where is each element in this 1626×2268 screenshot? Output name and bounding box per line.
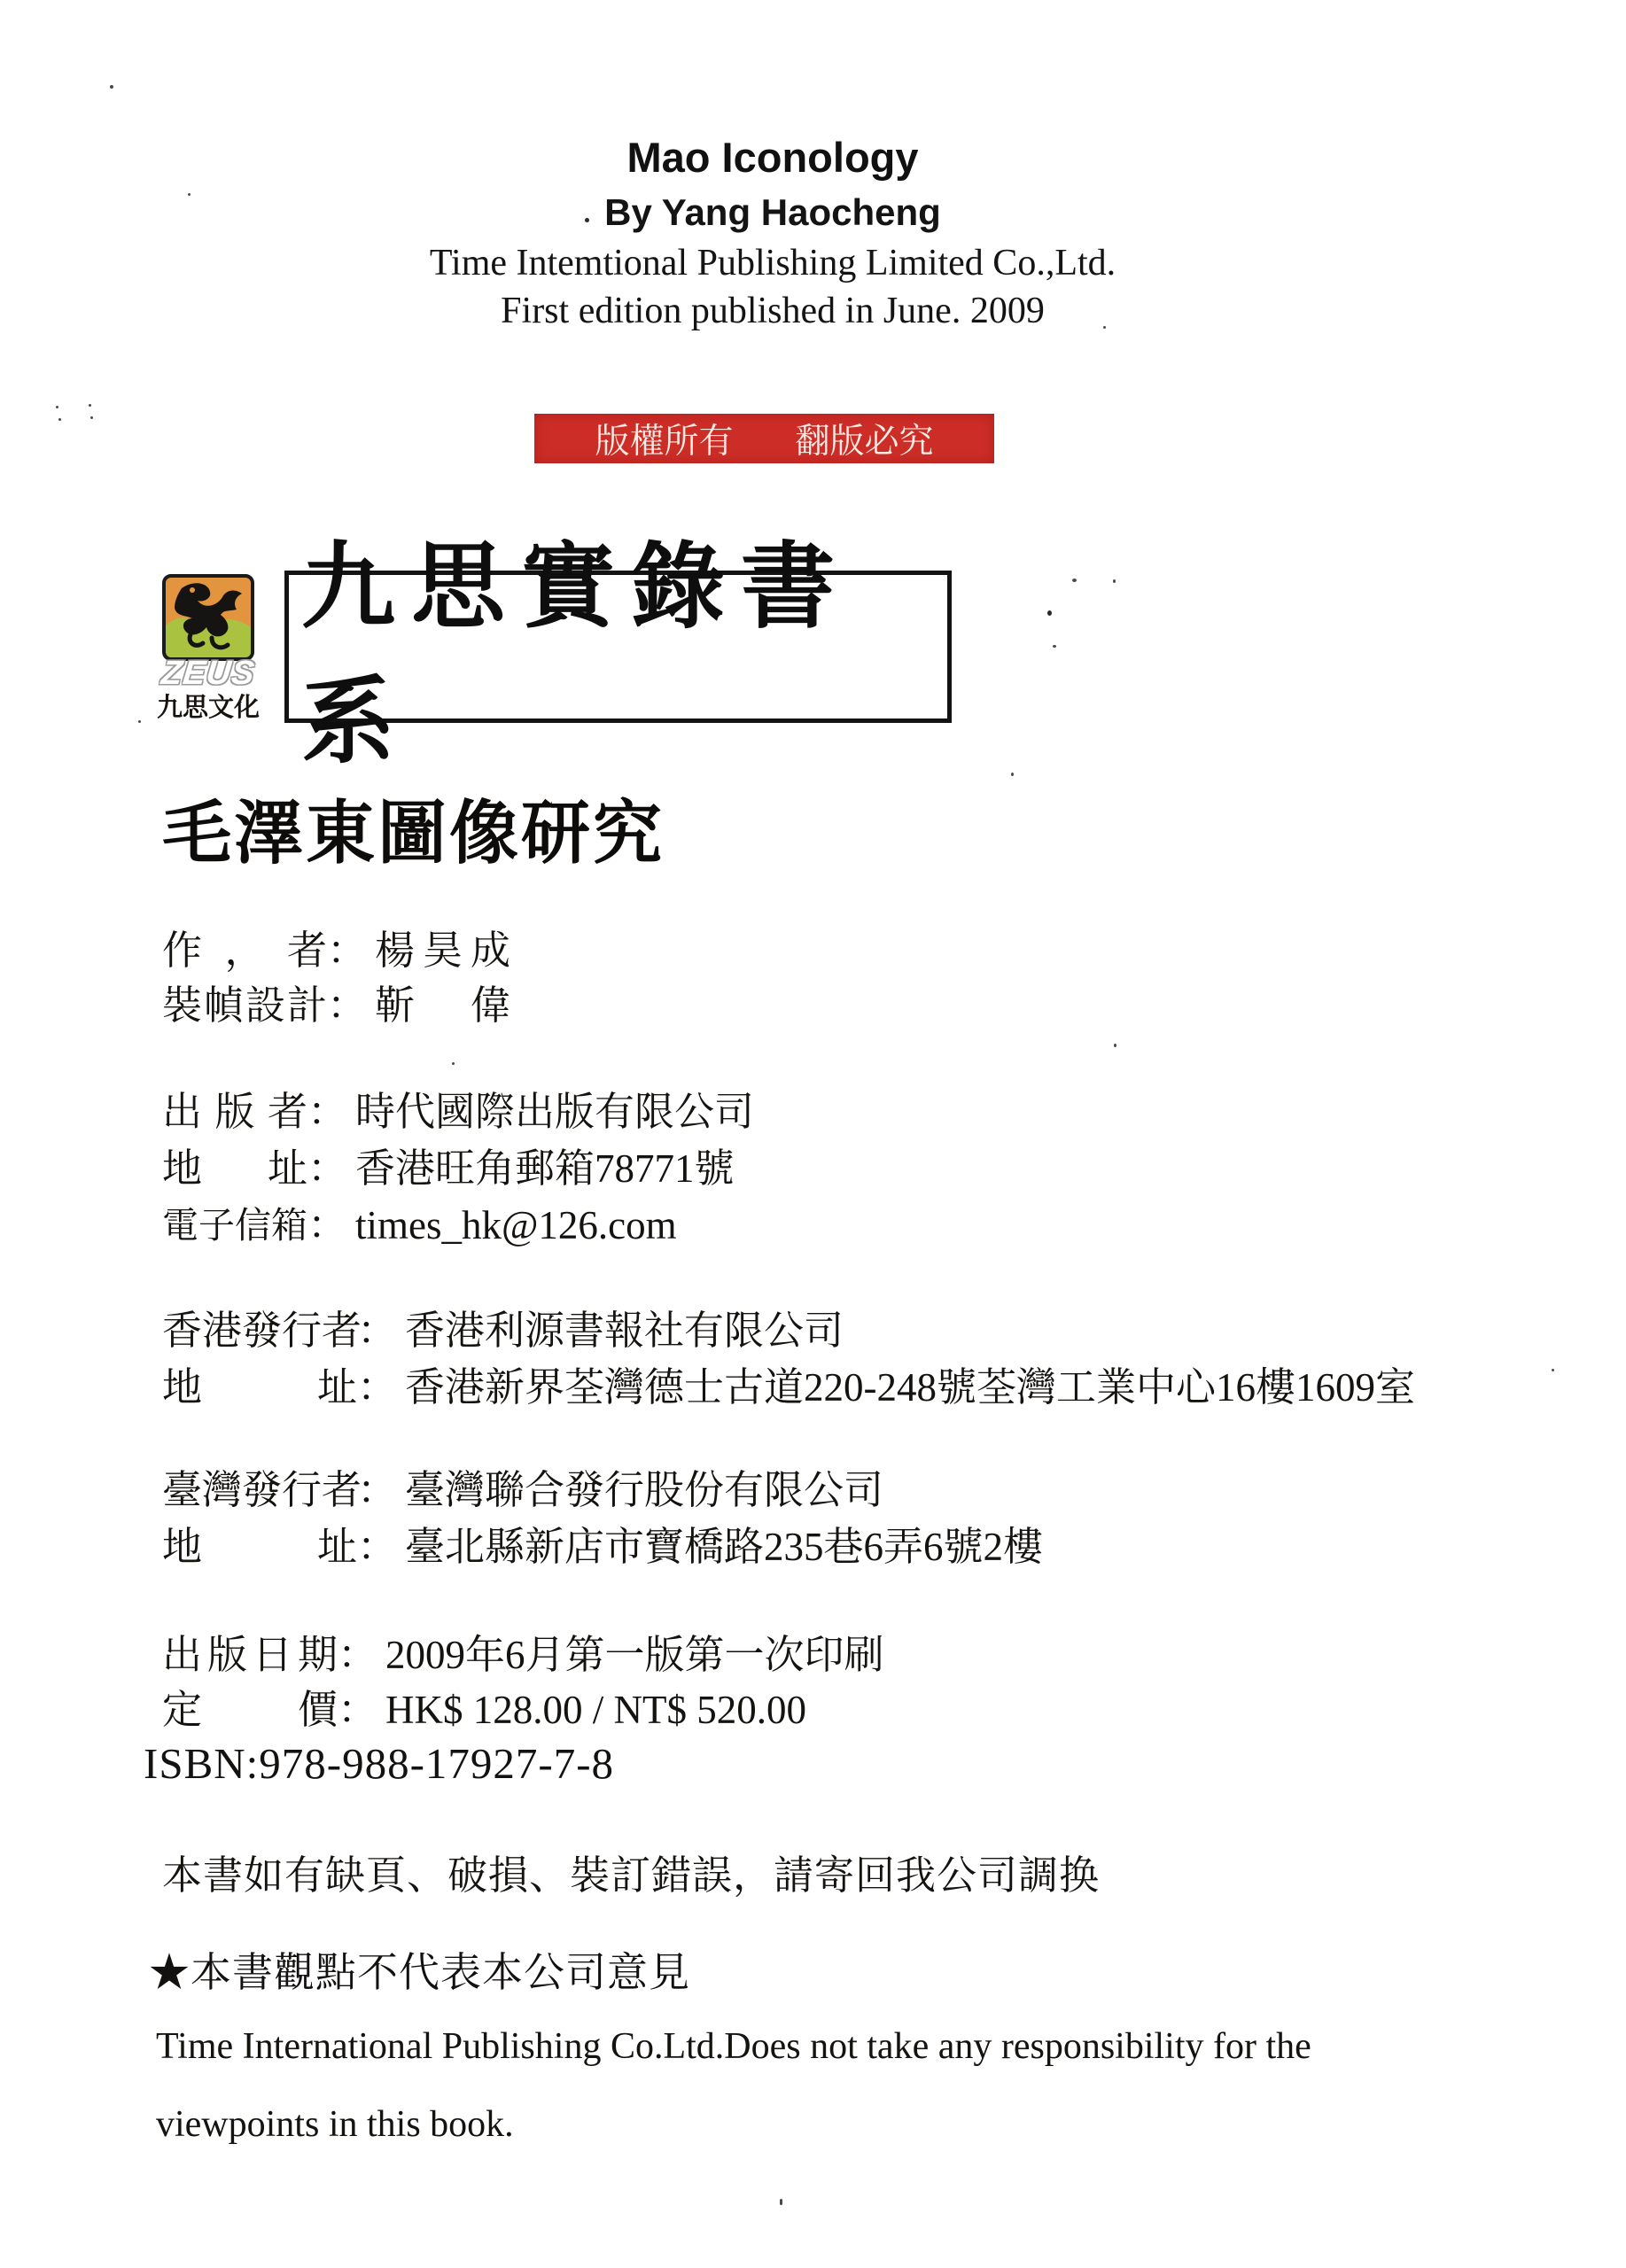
copyright-banner-left: 版權所有: [595, 414, 733, 463]
scan-speck: [1113, 579, 1116, 583]
scan-speck: [58, 418, 61, 421]
field-value-hk-distributor: 香港利源書報社有限公司: [405, 1309, 844, 1353]
field-label-hk-address: 地址: [162, 1364, 357, 1410]
price-row: 定價：HK$ 128.00 / NT$ 520.00: [162, 1687, 884, 1733]
hk-distributor-row: 香港發行者：香港利源書報社有限公司: [162, 1308, 1415, 1354]
edition-line-english: First edition published in June. 2009: [0, 287, 1545, 335]
field-label-publisher: 出版者: [162, 1090, 307, 1135]
colon: ：: [357, 1308, 394, 1354]
english-header: Mao Iconology By Yang Haocheng Time Inte…: [0, 133, 1545, 335]
designer-row: 裝幀設計：靳 偉: [162, 980, 518, 1031]
copyright-banner: 版權所有 翻版必究: [534, 414, 994, 463]
tw-distributor-row: 臺灣發行者：臺灣聯合發行股份有限公司: [162, 1467, 1043, 1513]
credits-block: 作，者：楊昊成 裝幀設計：靳 偉: [162, 925, 518, 1035]
field-label-designer: 裝幀設計: [162, 980, 327, 1031]
field-value-author: 楊昊成: [375, 928, 518, 973]
publisher-row: 出版者：時代國際出版有限公司: [162, 1090, 754, 1135]
publisher-line-english: Time Intemtional Publishing Limited Co.,…: [0, 239, 1545, 287]
field-value-price: HK$ 128.00 / NT$ 520.00: [385, 1688, 806, 1732]
publisher-block: 出版者：時代國際出版有限公司 地址：香港旺角郵箱78771號 電子信箱：time…: [162, 1090, 754, 1260]
return-policy-note: 本書如有缺頁、破損、裝訂錯誤，請寄回我公司調换: [162, 1843, 1100, 1900]
hk-distributor-block: 香港發行者：香港利源書報社有限公司 地址：香港新界荃灣德士古道220-248號荃…: [162, 1308, 1415, 1421]
publisher-brand-name: 九思文化: [156, 693, 261, 723]
scan-speck: [188, 193, 191, 196]
scan-speck: [1552, 1369, 1554, 1371]
pub-date-row: 出版日期：2009年6月第一版第一次印刷: [162, 1632, 884, 1678]
colon: ：: [357, 1467, 394, 1513]
colon: ：: [327, 925, 364, 976]
scan-speck: [1011, 773, 1014, 776]
tw-address-row: 地址：臺北縣新店市寶橋路235巷6弄6號2樓: [162, 1524, 1043, 1570]
publication-info-block: 出版日期：2009年6月第一版第一次印刷 定價：HK$ 128.00 / NT$…: [162, 1632, 884, 1742]
field-value-pub-date: 2009年6月第一版第一次印刷: [385, 1633, 884, 1677]
series-title-box: 九思實錄書系: [284, 571, 952, 723]
zeus-wordmark: ZEUS: [154, 656, 262, 691]
field-label-tw-distributor: 臺灣發行者: [162, 1467, 357, 1513]
field-value-tw-address: 臺北縣新店市寶橋路235巷6弄6號2樓: [405, 1525, 1043, 1569]
colon: ：: [307, 1090, 345, 1135]
colophon-page: Mao Iconology By Yang Haocheng Time Inte…: [0, 0, 1626, 2268]
field-value-hk-address: 香港新界荃灣德士古道220-248號荃灣工業中心16樓1609室: [405, 1365, 1415, 1410]
scan-speck: [56, 406, 58, 408]
field-label-hk-distributor: 香港發行者: [162, 1308, 357, 1354]
field-label-tw-address: 地址: [162, 1524, 357, 1570]
tw-distributor-block: 臺灣發行者：臺灣聯合發行股份有限公司 地址：臺北縣新店市寶橋路235巷6弄6號2…: [162, 1467, 1043, 1581]
colon: ：: [307, 1203, 345, 1248]
field-label-price: 定價: [162, 1687, 338, 1733]
field-value-email: times_hk@126.com: [355, 1203, 677, 1247]
scan-speck: [89, 404, 91, 407]
scan-speck: [1053, 645, 1056, 648]
field-value-publisher: 時代國際出版有限公司: [355, 1090, 754, 1134]
field-label-address: 地址: [162, 1146, 307, 1192]
field-value-designer: 靳 偉: [375, 983, 518, 1028]
opinion-disclaimer-note: ★本書觀點不代表本公司意見: [149, 1940, 690, 1999]
field-label-email: 電子信箱: [162, 1203, 307, 1248]
colon: ：: [357, 1524, 394, 1570]
book-title-english: Mao Iconology: [0, 133, 1545, 183]
series-title: 九思實錄書系: [301, 512, 947, 781]
scan-speck: [110, 85, 113, 89]
field-label-author: 作，者: [162, 925, 327, 976]
author-byline-english: By Yang Haocheng: [0, 190, 1545, 236]
copyright-banner-right: 翻版必究: [796, 414, 934, 463]
scan-speck: [1114, 1044, 1116, 1047]
english-disclaimer-note: Time International Publishing Co.Ltd.Doe…: [156, 2008, 1396, 2163]
zeus-dragon-icon: [162, 574, 254, 661]
scan-speck: [780, 2199, 782, 2205]
scan-speck: [90, 416, 93, 419]
scan-speck: [452, 1062, 455, 1065]
field-value-address: 香港旺角郵箱78771號: [355, 1146, 735, 1191]
scan-speck: [1072, 579, 1077, 582]
colon: ：: [357, 1364, 394, 1410]
colon: ：: [327, 980, 364, 1031]
colon: ：: [307, 1146, 345, 1192]
field-value-tw-distributor: 臺灣聯合發行股份有限公司: [405, 1468, 883, 1512]
scan-speck: [585, 218, 589, 222]
scan-speck: [1103, 326, 1106, 329]
colon: ：: [338, 1632, 375, 1678]
colon: ：: [338, 1687, 375, 1733]
author-row: 作，者：楊昊成: [162, 925, 518, 976]
scan-speck: [138, 720, 141, 723]
isbn-line: ISBN:978-988-17927-7-8: [144, 1738, 614, 1789]
publisher-logo: ZEUS 九思文化: [156, 574, 261, 723]
field-label-pub-date: 出版日期: [162, 1632, 338, 1678]
scan-speck: [1047, 610, 1052, 616]
hk-address-row: 地址：香港新界荃灣德士古道220-248號荃灣工業中心16樓1609室: [162, 1364, 1415, 1410]
book-title-chinese: 毛澤東圖像研究: [162, 778, 665, 877]
publisher-address-row: 地址：香港旺角郵箱78771號: [162, 1146, 754, 1192]
publisher-email-row: 電子信箱：times_hk@126.com: [162, 1203, 754, 1248]
